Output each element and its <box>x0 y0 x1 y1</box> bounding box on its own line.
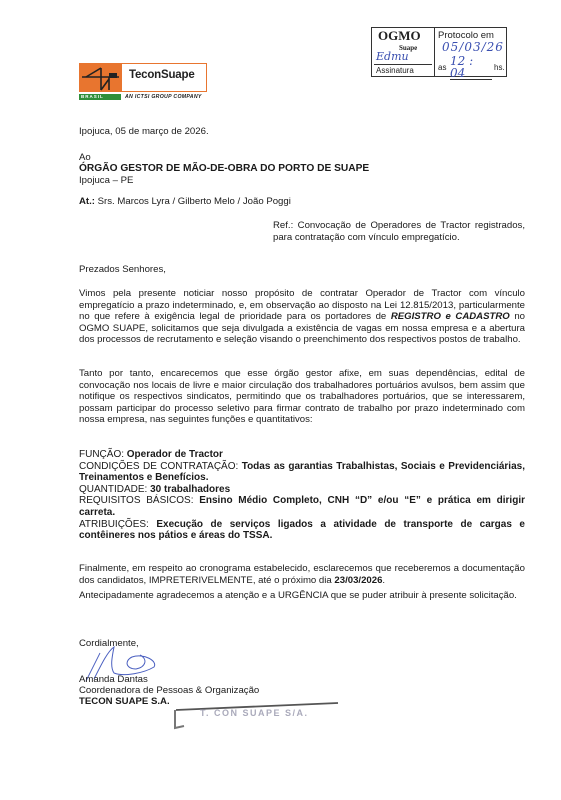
detail-value: Operador de Tractor <box>127 449 223 460</box>
protocol-time: 12 : 04 <box>450 56 492 80</box>
recipient: ÓRGÃO GESTOR DE MÃO-DE-OBRA DO PORTO DE … <box>79 163 525 175</box>
job-details: FUNÇÃO: Operador de Tractor CONDIÇÕES DE… <box>79 449 525 542</box>
detail-duties: ATRIBUIÇÕES: Execução de serviços ligado… <box>79 519 525 542</box>
deadline-date: 23/03/2026 <box>334 575 382 586</box>
stamp-signature-label: Assinatura <box>376 65 414 77</box>
cadastro-emphasis: CADASTRO <box>455 311 509 322</box>
company-stamp-text: T. CON SUAPE S/A. <box>200 708 309 720</box>
recipient-city: Ipojuca – PE <box>79 175 525 187</box>
attention-names: Srs. Marcos Lyra / Gilberto Melo / João … <box>98 196 291 207</box>
detail-label: ATRIBUIÇÕES: <box>79 519 156 530</box>
salutation: Prezados Senhores, <box>79 264 525 276</box>
stamp-org: OGMO <box>378 30 421 42</box>
registro-emphasis: REGISTRO <box>391 311 441 322</box>
detail-quantity: QUANTIDADE: 30 trabalhadores <box>79 484 525 496</box>
crane-icon <box>79 63 121 92</box>
reference: Ref.: Convocação de Operadores de Tracto… <box>273 220 525 243</box>
detail-function: FUNÇÃO: Operador de Tractor <box>79 449 525 461</box>
detail-label: FUNÇÃO: <box>79 449 127 460</box>
paragraph-3: Finalmente, em respeito ao cronograma es… <box>79 563 525 586</box>
paragraph-4: Antecipadamente agradecemos a atenção e … <box>79 590 525 602</box>
logo-tagline: AN ICTSI GROUP COMPANY <box>125 94 202 100</box>
logo-brand: TeconSuape <box>129 70 195 82</box>
attention-label: At.: <box>79 196 95 207</box>
place-date: Ipojuca, 05 de março de 2026. <box>79 126 525 138</box>
company-stamp: T. CON SUAPE S/A. <box>170 700 340 730</box>
paragraph-2: Tanto por tanto, encarecemos que esse ór… <box>79 368 525 426</box>
company-logo: TeconSuape BRASIL AN ICTSI GROUP COMPANY <box>79 63 209 103</box>
paragraph-1: Vimos pela presente noticiar nosso propó… <box>79 288 525 346</box>
to-label: Ao <box>79 152 525 164</box>
paragraph-3-text: Finalmente, em respeito ao cronograma es… <box>79 563 525 586</box>
detail-conditions: CONDIÇÕES DE CONTRATAÇÃO: Todas as garan… <box>79 461 525 484</box>
stamp-org-box: OGMO Suape Edmu Assinatura <box>372 28 435 76</box>
signer-name: Amanda Dantas <box>79 674 525 686</box>
protocol-hours-label: hs. <box>494 62 505 74</box>
protocol-stamp: OGMO Suape Edmu Assinatura Protocolo em … <box>371 27 507 77</box>
paragraph-3-end: . <box>382 575 385 586</box>
logo-country: BRASIL <box>79 94 121 100</box>
signer-title: Coordenadora de Pessoas & Organização <box>79 685 525 697</box>
protocol-date: 05/03/26 <box>442 42 504 54</box>
detail-label: QUANTIDADE: <box>79 484 150 495</box>
attention-line: At.: Srs. Marcos Lyra / Gilberto Melo / … <box>79 196 525 208</box>
detail-label: CONDIÇÕES DE CONTRATAÇÃO: <box>79 461 242 472</box>
protocol-at-label: as <box>438 62 446 74</box>
detail-value: 30 trabalhadores <box>150 484 230 495</box>
detail-requirements: REQUISITOS BÁSICOS: Ensino Médio Complet… <box>79 495 525 518</box>
and-emphasis: e <box>441 311 455 322</box>
detail-label: REQUISITOS BÁSICOS: <box>79 495 199 506</box>
stamp-signature: Edmu <box>376 51 409 63</box>
